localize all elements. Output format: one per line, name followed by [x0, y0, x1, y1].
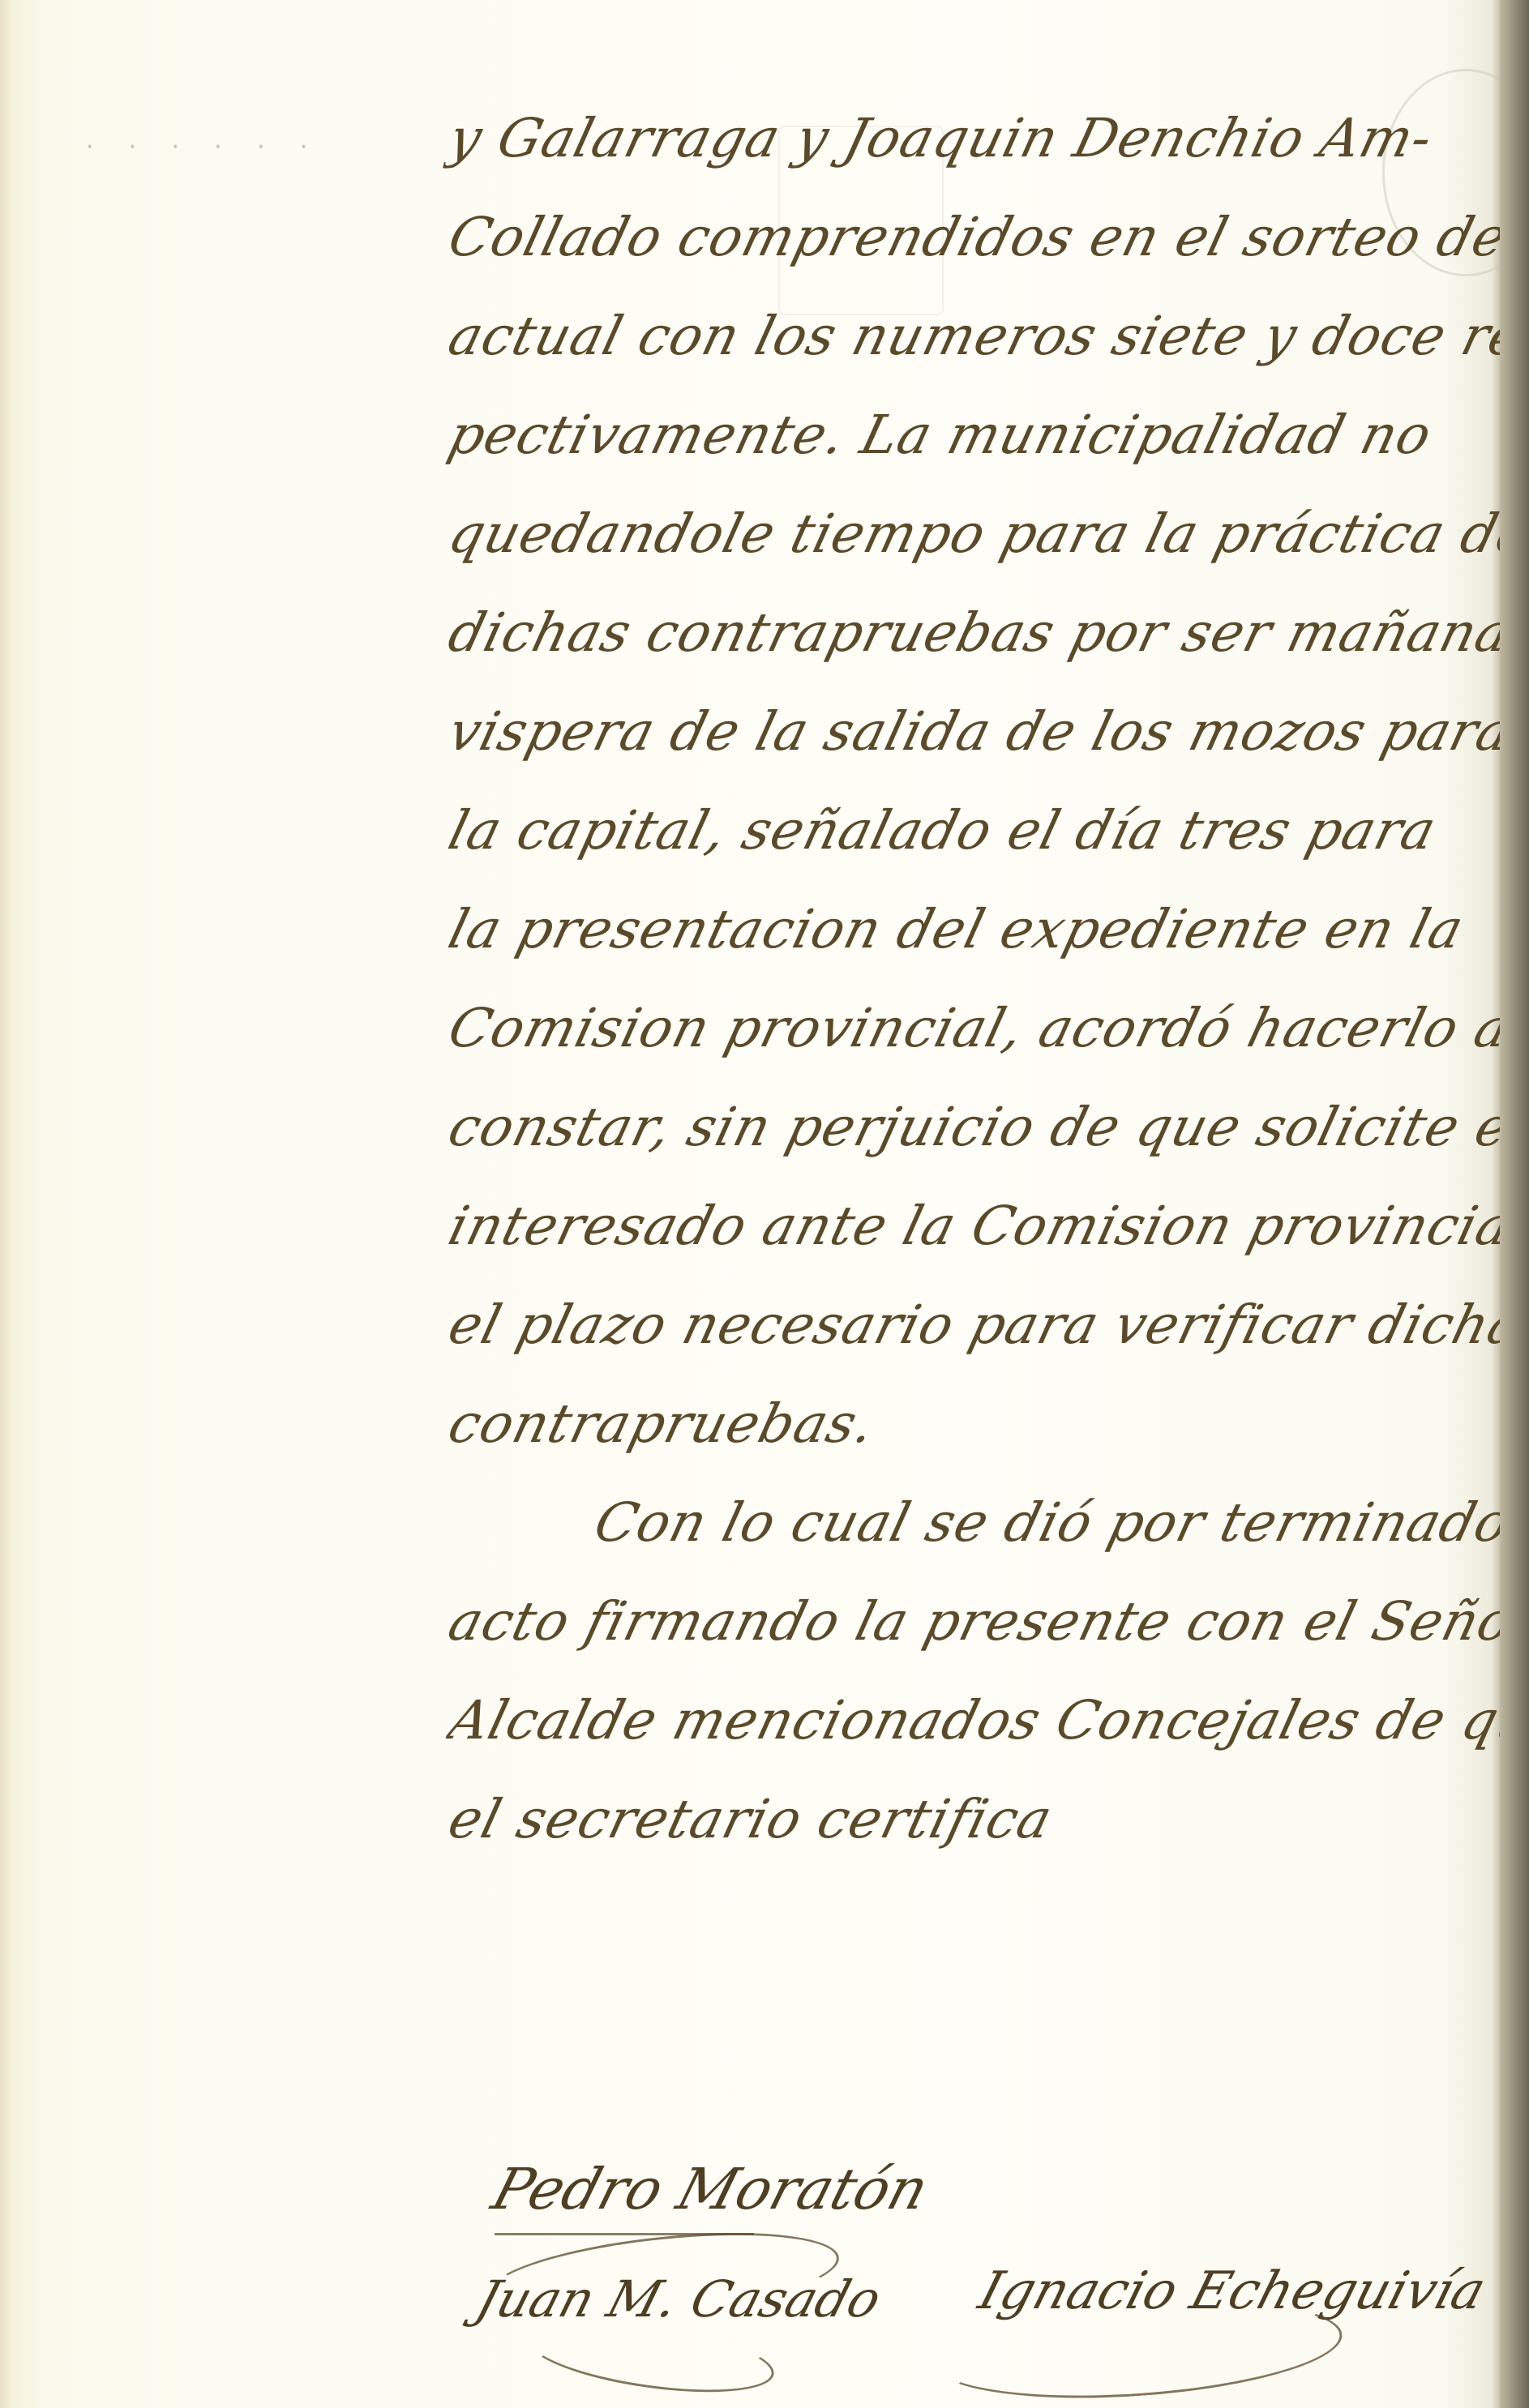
body-line-9: la presentacion del expediente en la [438, 880, 1524, 979]
body-line-14: contrapruebas. [438, 1375, 1524, 1473]
body-line-15: Con lo cual se dió por terminado el [438, 1473, 1524, 1572]
body-line-6: dichas contrapruebas por ser mañana la [438, 584, 1524, 682]
book-binding-edge [1500, 0, 1529, 2408]
signature-2: Juan M. Casado [470, 2269, 888, 2329]
body-line-3: actual con los numeros siete y doce res- [438, 287, 1524, 386]
body-line-11: constar, sin perjuicio de que solicite e… [438, 1078, 1524, 1177]
signature-1: Pedro Moratón [485, 2156, 936, 2222]
margin-ink-bleed: · · · · · · [85, 130, 321, 161]
body-line-13: el plazo necesario para verificar dichas [438, 1276, 1524, 1375]
body-line-5: quedandole tiempo para la práctica de [438, 485, 1524, 584]
body-line-12: interesado ante la Comision provincial [438, 1177, 1524, 1276]
body-line-1: y Galarraga y Joaquin Denchio Am- [438, 89, 1524, 188]
signature-block: Pedro Moratón Juan M. Casado Ignacio Ech… [478, 2156, 1500, 2399]
handwritten-body: y Galarraga y Joaquin Denchio Am- Collad… [438, 89, 1500, 1869]
body-line-16: acto firmando la presente con el Señor [438, 1572, 1524, 1671]
body-line-8: la capital, señalado el día tres para [438, 781, 1524, 880]
page-left-edge [0, 0, 11, 2408]
body-line-4: pectivamente. La municipalidad no [438, 386, 1524, 485]
body-line-17: Alcalde mencionados Concejales de que [438, 1671, 1524, 1770]
document-page: · · · · · · y Galarraga y Joaquin Denchi… [0, 0, 1500, 2408]
body-line-10: Comision provincial, acordó hacerlo así [438, 979, 1524, 1078]
body-line-18: el secretario certifica [438, 1770, 1524, 1869]
body-line-2: Collado comprendidos en el sorteo de la [438, 188, 1524, 287]
body-line-7: vispera de la salida de los mozos para [438, 682, 1524, 781]
